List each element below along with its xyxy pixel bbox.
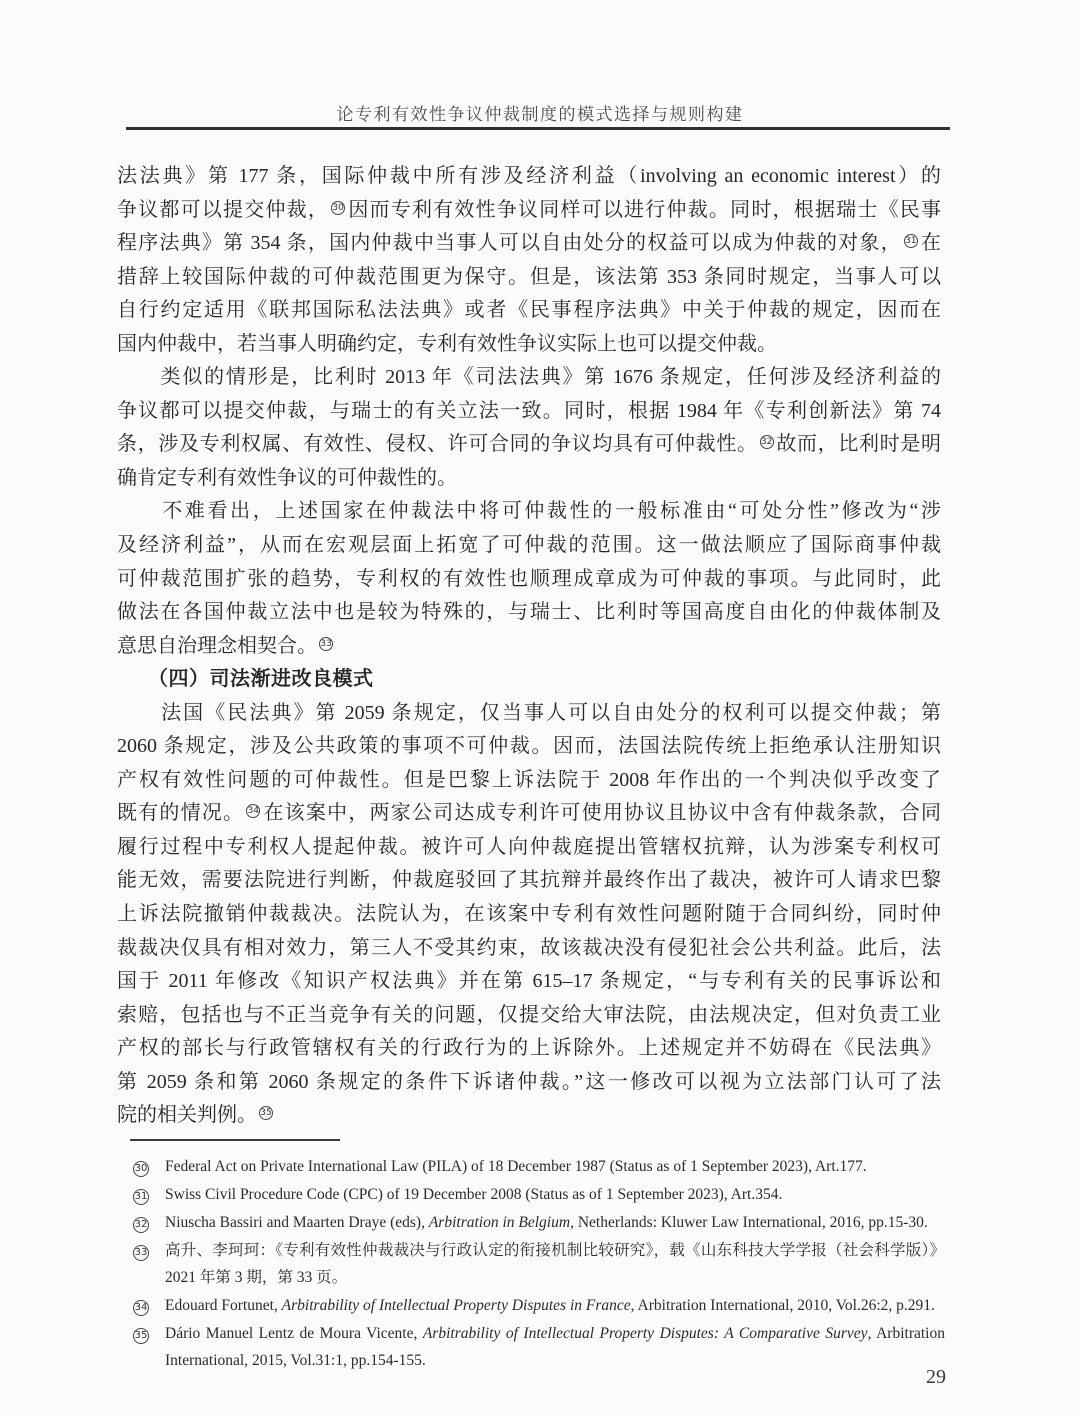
footnote-work-title: Arbitrability of Intellectual Property D…	[282, 1297, 631, 1314]
page-number: 29	[926, 1366, 946, 1389]
footnote-text-part: Federal Act on Private International Law…	[165, 1158, 867, 1175]
document-page: 论专利有效性争议仲裁制度的模式选择与规则构建 法法典》第 177 条，国际仲裁中…	[0, 0, 1080, 1416]
footnote-marker: 34	[133, 1292, 149, 1319]
footnote-marker-icon: 34	[133, 1300, 149, 1316]
footnote-ref-marker: 34	[246, 804, 260, 818]
body-line: 法国《民法典》第 2059 条规定，仅当事人可以自由处分的权利可以提交仲裁；第	[117, 697, 941, 731]
footnote-marker-icon: 33	[133, 1245, 149, 1261]
footnote-text-part: Dário Manuel Lentz de Moura Vicente,	[165, 1325, 423, 1342]
footnote-marker-icon: 35	[133, 1328, 149, 1344]
footnote-item: 35Dário Manuel Lentz de Moura Vicente, A…	[133, 1320, 945, 1374]
body-line: 院的相关判例。35	[117, 1099, 941, 1133]
body-line: 不难看出，上述国家在仲裁法中将可仲裁性的一般标准由“可处分性”修改为“涉	[117, 495, 941, 529]
body-line: 措辞上较国际仲裁的可仲裁范围更为保守。但是，该法第 353 条同时规定，当事人可…	[117, 261, 941, 295]
footnote-ref-marker: 35	[259, 1106, 273, 1120]
running-head-title: 论专利有效性争议仲裁制度的模式选择与规则构建	[0, 100, 1080, 125]
footnote-work-title: Arbitrability of Intellectual Property D…	[423, 1325, 868, 1342]
body-line: 能无效，需要法院进行判断，仲裁庭驳回了其抗辩并最终作出了裁决，被许可人请求巴黎	[117, 864, 941, 898]
footnote-text-part: , Netherlands: Kluwer Law International,…	[570, 1214, 928, 1231]
body-line: 第 2059 条和第 2060 条规定的条件下诉诸仲裁。”这一修改可以视为立法部…	[117, 1066, 941, 1100]
body-line: 国于 2011 年修改《知识产权法典》并在第 615–17 条规定，“与专利有关…	[117, 965, 941, 999]
footnote-text-part: Niuscha Bassiri and Maarten Draye (eds),	[165, 1214, 429, 1231]
footnote-text: Edouard Fortunet, Arbitrability of Intel…	[165, 1297, 935, 1314]
body-line: 类似的情形是，比利时 2013 年《司法法典》第 1676 条规定，任何涉及经济…	[117, 361, 941, 395]
body-line: 既有的情况。34在该案中，两家公司达成专利许可使用协议且协议中含有仲裁条款，合同	[117, 797, 941, 831]
body-text: 法法典》第 177 条，国际仲裁中所有涉及经济利益（involving an e…	[117, 160, 941, 1133]
footnote-marker: 33	[133, 1237, 149, 1264]
body-line: 产权的部长与行政管辖权有关的行政行为的上诉除外。上述规定并不妨碍在《民法典》	[117, 1032, 941, 1066]
footnote-marker: 32	[133, 1209, 149, 1236]
body-line: 法法典》第 177 条，国际仲裁中所有涉及经济利益（involving an e…	[117, 160, 941, 194]
body-line: 及经济利益”，从而在宏观层面上拓宽了可仲裁的范围。这一做法顺应了国际商事仲裁	[117, 529, 941, 563]
body-line: 2060 条规定，涉及公共政策的事项不可仲裁。因而，法国法院传统上拒绝承认注册知…	[117, 730, 941, 764]
footnote-divider	[130, 1139, 340, 1141]
body-line: 裁裁决仅具有相对效力，第三人不受其约束，故该裁决没有侵犯社会公共利益。此后，法	[117, 932, 941, 966]
footnote-text-part: Swiss Civil Procedure Code (CPC) of 19 D…	[165, 1186, 782, 1203]
footnote-work-title: Arbitration in Belgium	[429, 1214, 570, 1231]
body-line: 程序法典》第 354 条，国内仲裁中当事人可以自由处分的权益可以成为仲裁的对象，…	[117, 227, 941, 261]
footnotes: 30Federal Act on Private International L…	[133, 1153, 945, 1375]
footnote-text-part: , Arbitration International, 2010, Vol.2…	[631, 1297, 935, 1314]
footnote-item: 34Edouard Fortunet, Arbitrability of Int…	[133, 1292, 945, 1319]
body-line: 可仲裁范围扩张的趋势，专利权的有效性也顺理成章成为可仲裁的事项。与此同时，此	[117, 563, 941, 597]
footnote-marker-icon: 32	[133, 1217, 149, 1233]
footnote-marker-icon: 30	[133, 1161, 149, 1177]
footnote-marker: 30	[133, 1153, 149, 1180]
section-heading: （四）司法渐进改良模式	[117, 663, 941, 697]
footnote-text: Niuscha Bassiri and Maarten Draye (eds),…	[165, 1214, 928, 1231]
footnote-ref-marker: 31	[904, 234, 918, 248]
body-line: 意思自治理念相契合。33	[117, 630, 941, 664]
body-line: 国内仲裁中，若当事人明确约定，专利有效性争议实际上也可以提交仲裁。	[117, 328, 941, 362]
footnote-text: Swiss Civil Procedure Code (CPC) of 19 D…	[165, 1186, 782, 1203]
footnote-text: Dário Manuel Lentz de Moura Vicente, Arb…	[165, 1325, 945, 1369]
footnote-marker-icon: 31	[133, 1189, 149, 1205]
footnote-ref-marker: 33	[319, 637, 333, 651]
body-line: 自行约定适用《联邦国际私法法典》或者《民事程序法典》中关于仲裁的规定，因而在	[117, 294, 941, 328]
body-line: 条，涉及专利权属、有效性、侵权、许可合同的争议均具有可仲裁性。32故而，比利时是…	[117, 428, 941, 462]
body-line: 履行过程中专利权人提起仲裁。被许可人向仲裁庭提出管辖权抗辩，认为涉案专利权可	[117, 831, 941, 865]
body-line: 上诉法院撤销仲裁裁决。法院认为，在该案中专利有效性问题附随于合同纠纷，同时仲	[117, 898, 941, 932]
footnote-marker: 31	[133, 1181, 149, 1208]
body-line: 争议都可以提交仲裁，30因而专利有效性争议同样可以进行仲裁。同时，根据瑞士《民事	[117, 194, 941, 228]
body-line: 产权有效性问题的可仲裁性。但是巴黎上诉法院于 2008 年作出的一个判决似乎改变…	[117, 764, 941, 798]
footnote-text: 高升、李珂珂：《专利有效性仲裁裁决与行政认定的衔接机制比较研究》，载《山东科技大…	[165, 1242, 945, 1286]
body-line: 索赔，包括也与不正当竞争有关的问题，仅提交给大审法院，由法规决定，但对负责工业	[117, 999, 941, 1033]
body-line: 确肯定专利有效性争议的可仲裁性的。	[117, 462, 941, 496]
footnote-item: 31Swiss Civil Procedure Code (CPC) of 19…	[133, 1181, 945, 1208]
footnote-item: 30Federal Act on Private International L…	[133, 1153, 945, 1180]
footnote-item: 32Niuscha Bassiri and Maarten Draye (eds…	[133, 1209, 945, 1236]
footnote-text-part: 高升、李珂珂：《专利有效性仲裁裁决与行政认定的衔接机制比较研究》，载《山东科技大…	[165, 1242, 945, 1286]
footnote-marker: 35	[133, 1320, 149, 1347]
header-rule	[126, 127, 950, 130]
footnote-text-part: Edouard Fortunet,	[165, 1297, 282, 1314]
footnote-text: Federal Act on Private International Law…	[165, 1158, 867, 1175]
footnote-ref-marker: 30	[331, 201, 345, 215]
body-line: 做法在各国仲裁立法中也是较为特殊的，与瑞士、比利时等国高度自由化的仲裁体制及	[117, 596, 941, 630]
footnote-item: 33高升、李珂珂：《专利有效性仲裁裁决与行政认定的衔接机制比较研究》，载《山东科…	[133, 1237, 945, 1291]
footnote-ref-marker: 32	[760, 435, 774, 449]
body-line: 争议都可以提交仲裁，与瑞士的有关立法一致。同时，根据 1984 年《专利创新法》…	[117, 395, 941, 429]
